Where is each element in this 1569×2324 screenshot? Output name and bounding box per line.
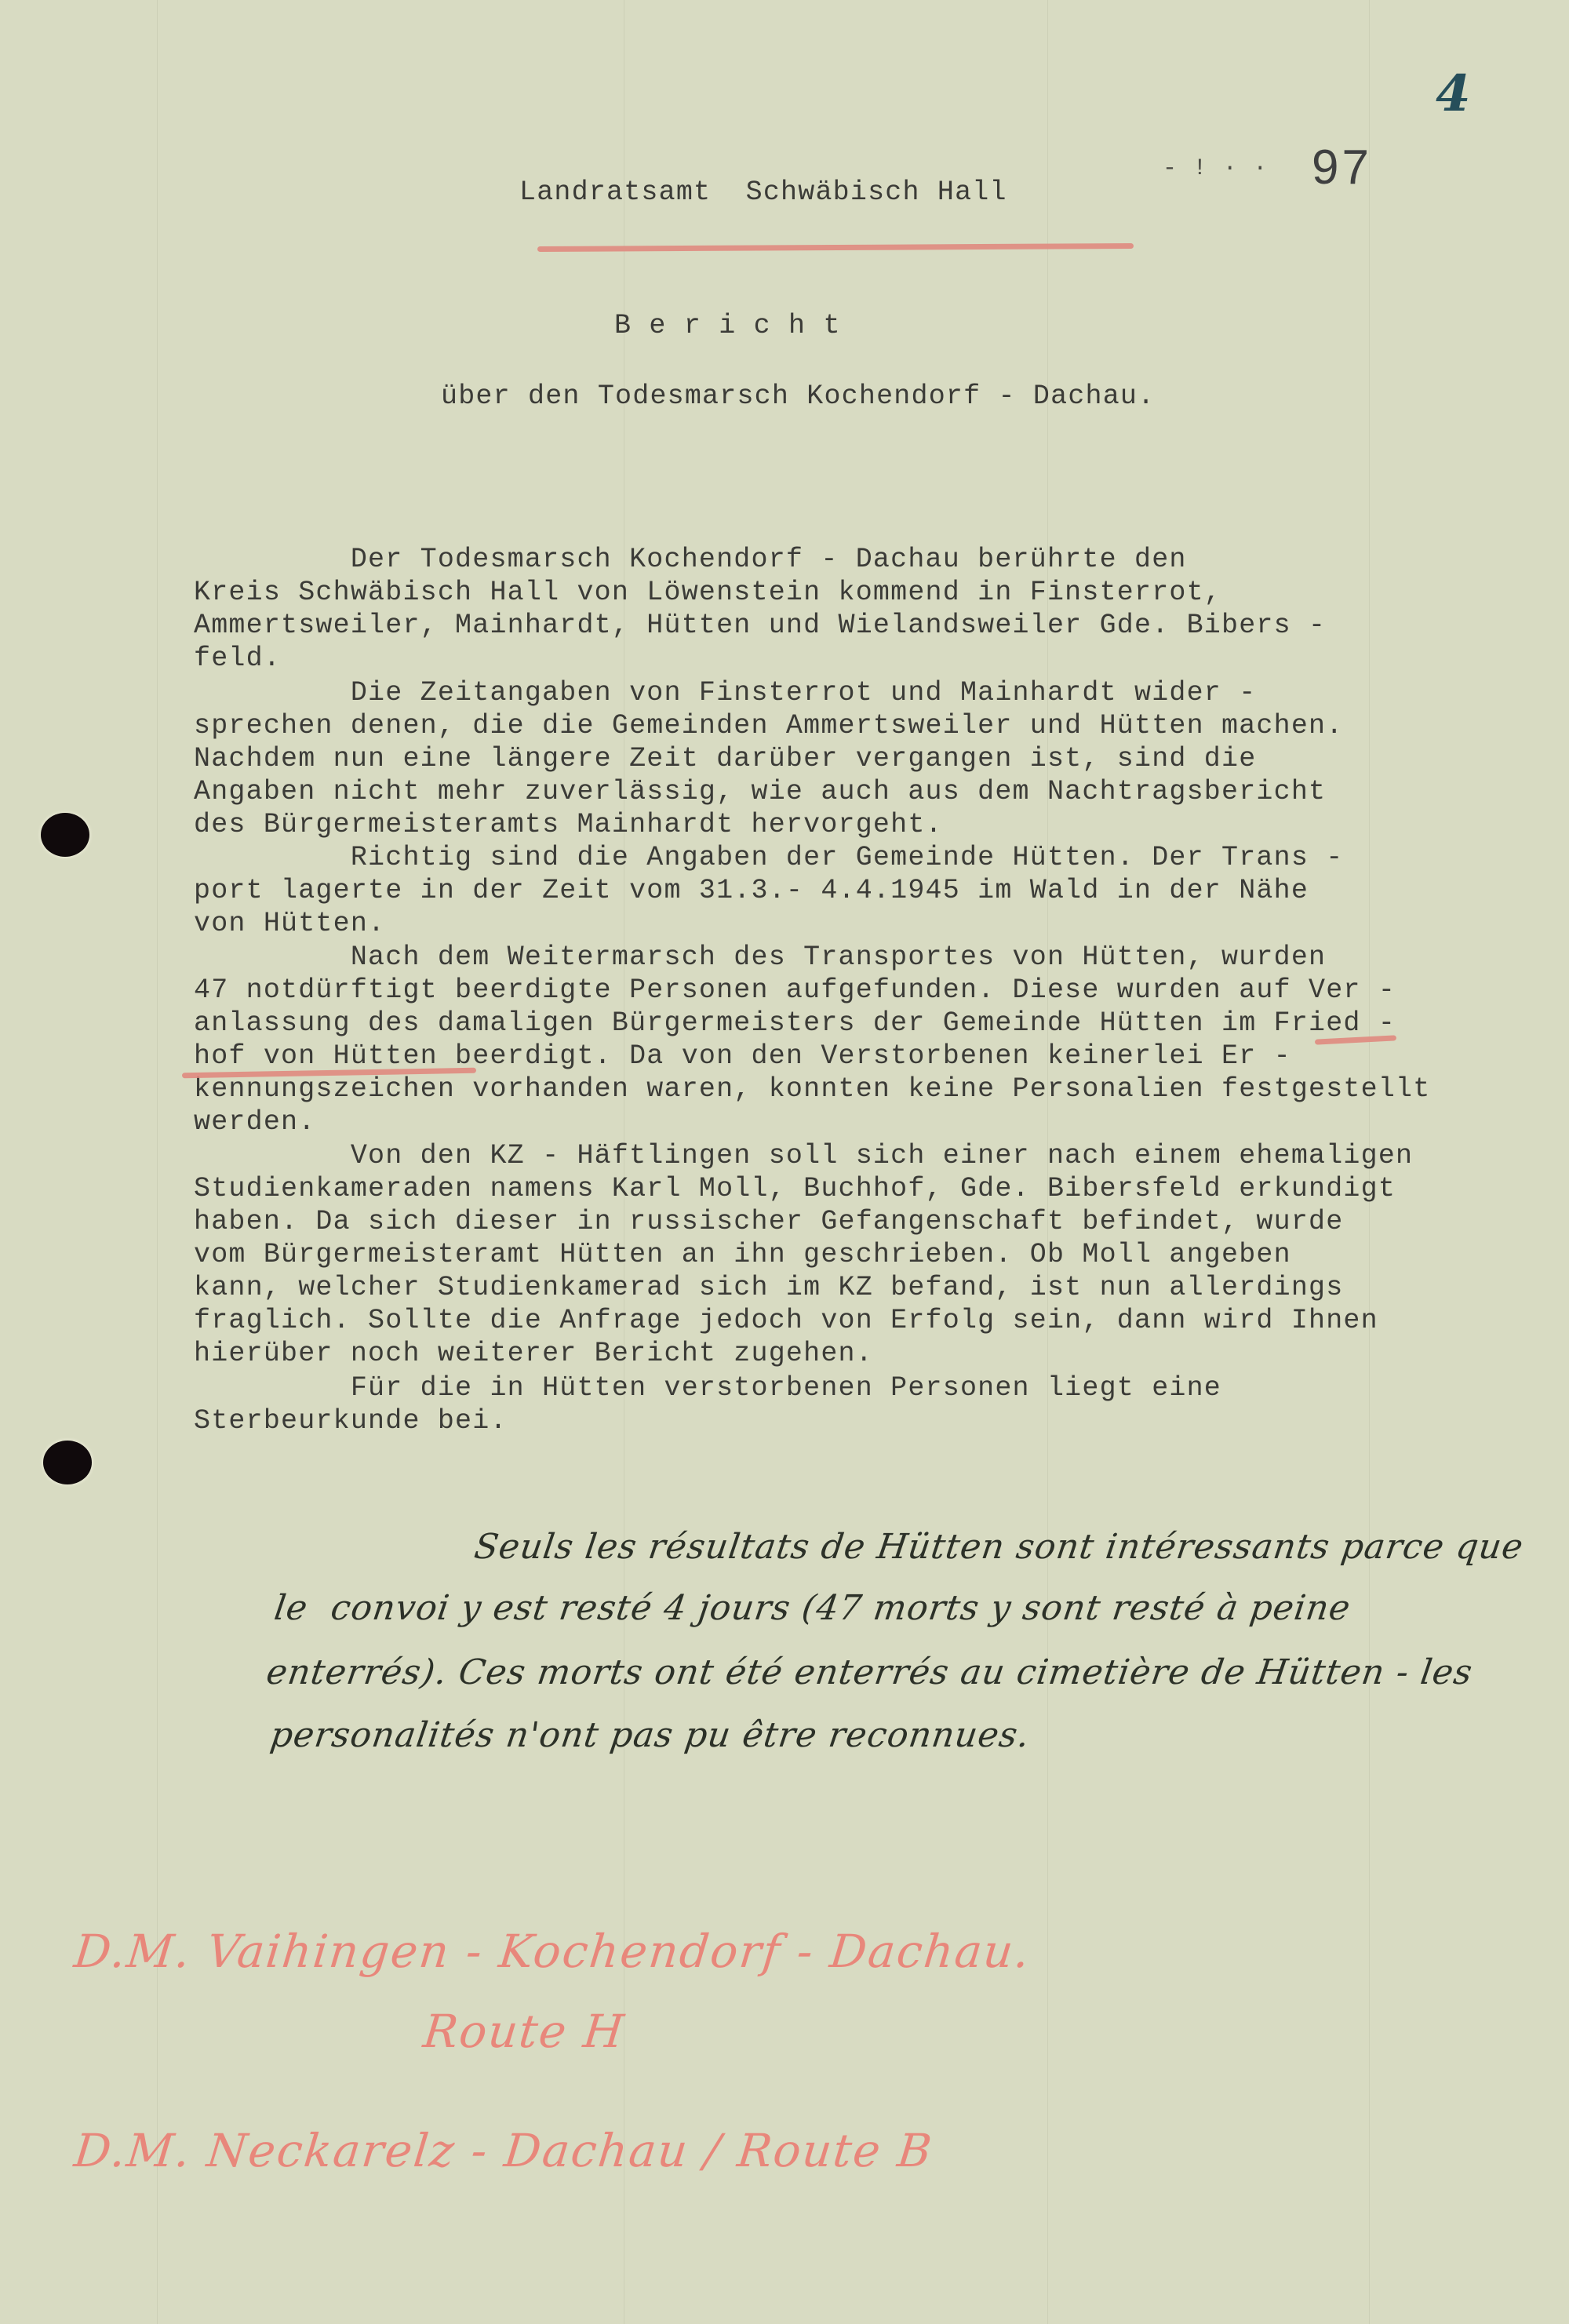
- note-line: le convoi y est resté 4 jours (47 morts …: [272, 1591, 1352, 1626]
- body-line: hof von Hütten beerdigt. Da von den Vers…: [194, 1043, 1291, 1070]
- note-line: Seuls les résultats de Hütten sont intér…: [472, 1530, 1526, 1565]
- body-line: des Bürgermeisteramts Mainhardt hervorge…: [194, 811, 943, 839]
- body-line: Studienkameraden namens Karl Moll, Buchh…: [194, 1175, 1396, 1203]
- body-line: hierüber noch weiterer Bericht zugehen.: [194, 1340, 873, 1368]
- red-annotation-route-b: D.M. Neckarelz - Dachau / Route B: [72, 2128, 935, 2173]
- body-line: Angaben nicht mehr zuverlässig, wie auch…: [194, 778, 1326, 806]
- body-line: kennungszeichen vorhanden waren, konnten…: [194, 1076, 1430, 1103]
- body-line: haben. Da sich dieser in russischer Gefa…: [194, 1208, 1343, 1236]
- red-underline-header: [537, 243, 1134, 252]
- body-line: Die Zeitangaben von Finsterrot und Mainh…: [194, 679, 1256, 707]
- body-line: von Hütten.: [194, 910, 385, 938]
- red-annotation-route-h-title: D.M. Vaihingen - Kochendorf - Dachau.: [72, 1929, 1033, 1974]
- report-subtitle: über den Todesmarsch Kochendorf - Dachau…: [441, 383, 1155, 410]
- body-line: Richtig sind die Angaben der Gemeinde Hü…: [194, 844, 1343, 872]
- body-line: fraglich. Sollte die Anfrage jedoch von …: [194, 1307, 1378, 1335]
- body-line: Nachdem nun eine längere Zeit darüber ve…: [194, 745, 1256, 773]
- body-line: Sterbeurkunde bei.: [194, 1408, 508, 1435]
- handwritten-page-number: 4: [1436, 69, 1471, 119]
- report-title: B e r i c h t: [614, 312, 841, 340]
- red-annotation-route-h: Route H: [421, 2009, 628, 2054]
- body-line: anlassung des damaligen Bürgermeisters d…: [194, 1010, 1396, 1037]
- punch-hole-upper: [41, 813, 89, 857]
- body-line: Von den KZ - Häftlingen soll sich einer …: [194, 1142, 1413, 1170]
- body-line: sprechen denen, die die Gemeinden Ammert…: [194, 712, 1343, 740]
- body-line: Der Todesmarsch Kochendorf - Dachau berü…: [194, 546, 1187, 574]
- body-line: Nach dem Weitermarsch des Transportes vo…: [194, 944, 1326, 971]
- body-line: 47 notdürftigt beerdigte Personen aufgef…: [194, 977, 1396, 1004]
- note-line: enterrés). Ces morts ont été enterrés au…: [264, 1656, 1475, 1690]
- body-line: kann, welcher Studienkamerad sich im KZ …: [194, 1274, 1343, 1302]
- body-line: feld.: [194, 645, 281, 672]
- body-line: Kreis Schwäbisch Hall von Löwenstein kom…: [194, 579, 1221, 606]
- folio-marks: - ! · ·: [1163, 157, 1268, 180]
- note-line: personalités n'ont pas pu être reconnues…: [268, 1718, 1032, 1753]
- body-line: vom Bürgermeisteramt Hütten an ihn gesch…: [194, 1241, 1291, 1269]
- punch-hole-lower: [43, 1441, 92, 1484]
- body-line: port lagerte in der Zeit vom 31.3.- 4.4.…: [194, 877, 1309, 905]
- body-line: Ammertsweiler, Mainhardt, Hütten und Wie…: [194, 612, 1326, 639]
- sender-header: Landratsamt Schwäbisch Hall: [519, 179, 1007, 206]
- document-page: 4 - ! · · 97 Landratsamt Schwäbisch Hall…: [0, 0, 1569, 2324]
- body-line: Für die in Hütten verstorbenen Personen …: [194, 1375, 1221, 1402]
- folio-stamp-number: 97: [1312, 140, 1372, 195]
- body-line: werden.: [194, 1109, 315, 1136]
